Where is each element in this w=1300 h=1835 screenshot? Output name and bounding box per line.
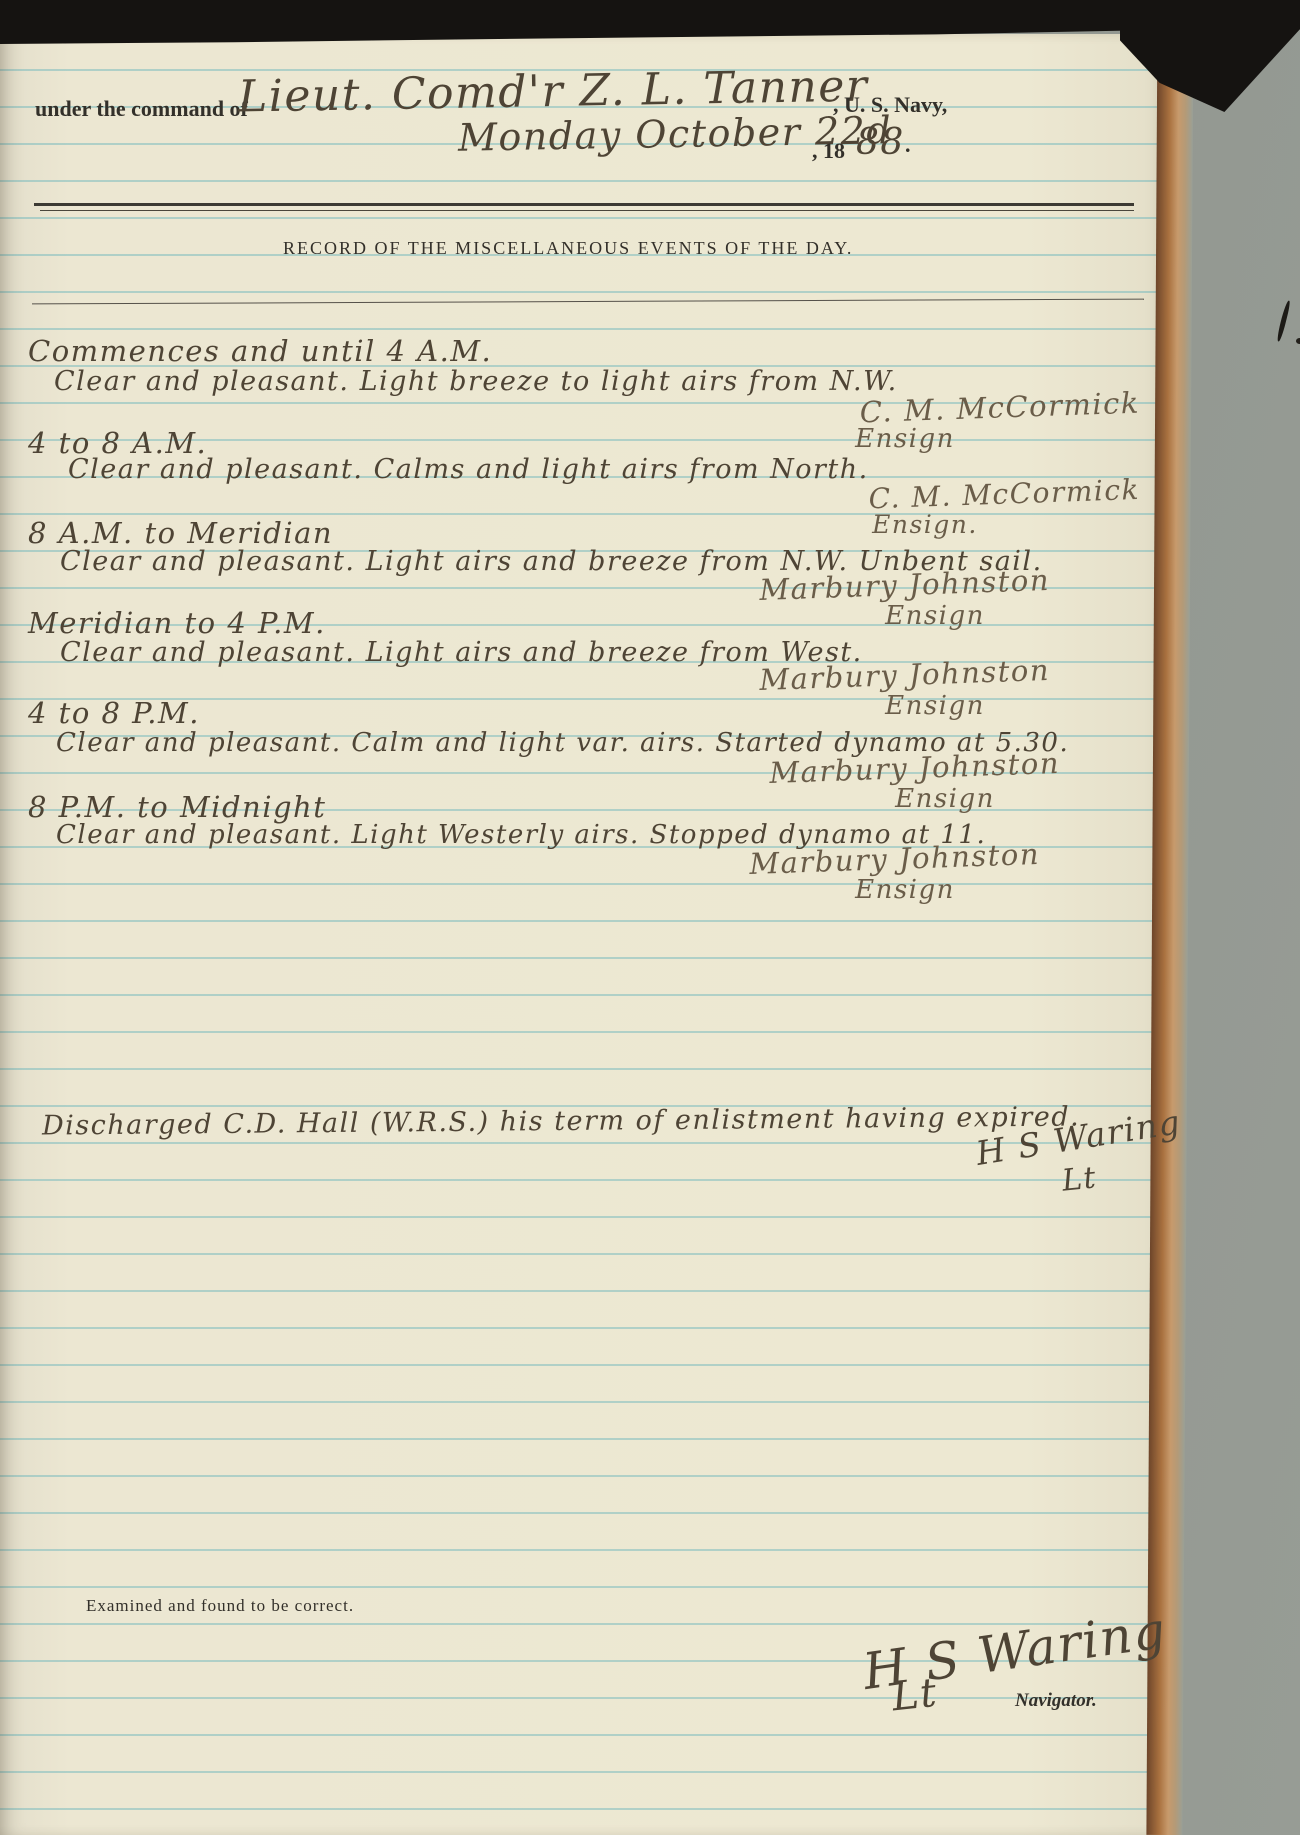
entry-rank: Ensign xyxy=(820,424,990,454)
printed-command-prefix: under the command of xyxy=(35,96,248,122)
entry-heading: Commences and until 4 A.M. xyxy=(28,334,492,368)
navigator-signature-rank: Lt xyxy=(890,1670,940,1721)
header-rule-light xyxy=(40,210,1134,211)
period: . xyxy=(905,132,911,158)
logbook-photo: under the command of Lieut. Comd'r Z. L.… xyxy=(0,0,1300,1835)
entry-heading: 8 P.M. to Midnight xyxy=(28,790,326,824)
navigator-printed-title: Navigator. xyxy=(1015,1690,1097,1712)
entry-body: Clear and pleasant. Light breeze to ligh… xyxy=(54,366,898,397)
entry-rank: Ensign xyxy=(850,691,1020,721)
entry-rank: Ensign. xyxy=(840,510,1010,539)
printed-year-prefix: , 18 xyxy=(812,138,845,164)
header-rule-heavy xyxy=(34,203,1134,206)
entry-rank: Ensign xyxy=(860,784,1030,814)
entry-heading: 8 A.M. to Meridian xyxy=(28,516,333,550)
logbook-page xyxy=(0,34,1163,1835)
entry-heading: Meridian to 4 P.M. xyxy=(28,606,326,640)
section-title: RECORD OF THE MISCELLANEOUS EVENTS OF TH… xyxy=(283,238,853,259)
ink-dot xyxy=(1296,338,1300,344)
examined-printed: Examined and found to be correct. xyxy=(86,1596,354,1616)
note-signature-rank: Lt xyxy=(1060,1160,1098,1198)
year-script: 88 xyxy=(856,122,905,163)
entry-rank: Ensign xyxy=(820,875,990,905)
entry-body: Clear and pleasant. Calms and light airs… xyxy=(68,454,869,485)
entry-rank: Ensign xyxy=(850,601,1020,631)
entry-heading: 4 to 8 P.M. xyxy=(28,696,200,730)
